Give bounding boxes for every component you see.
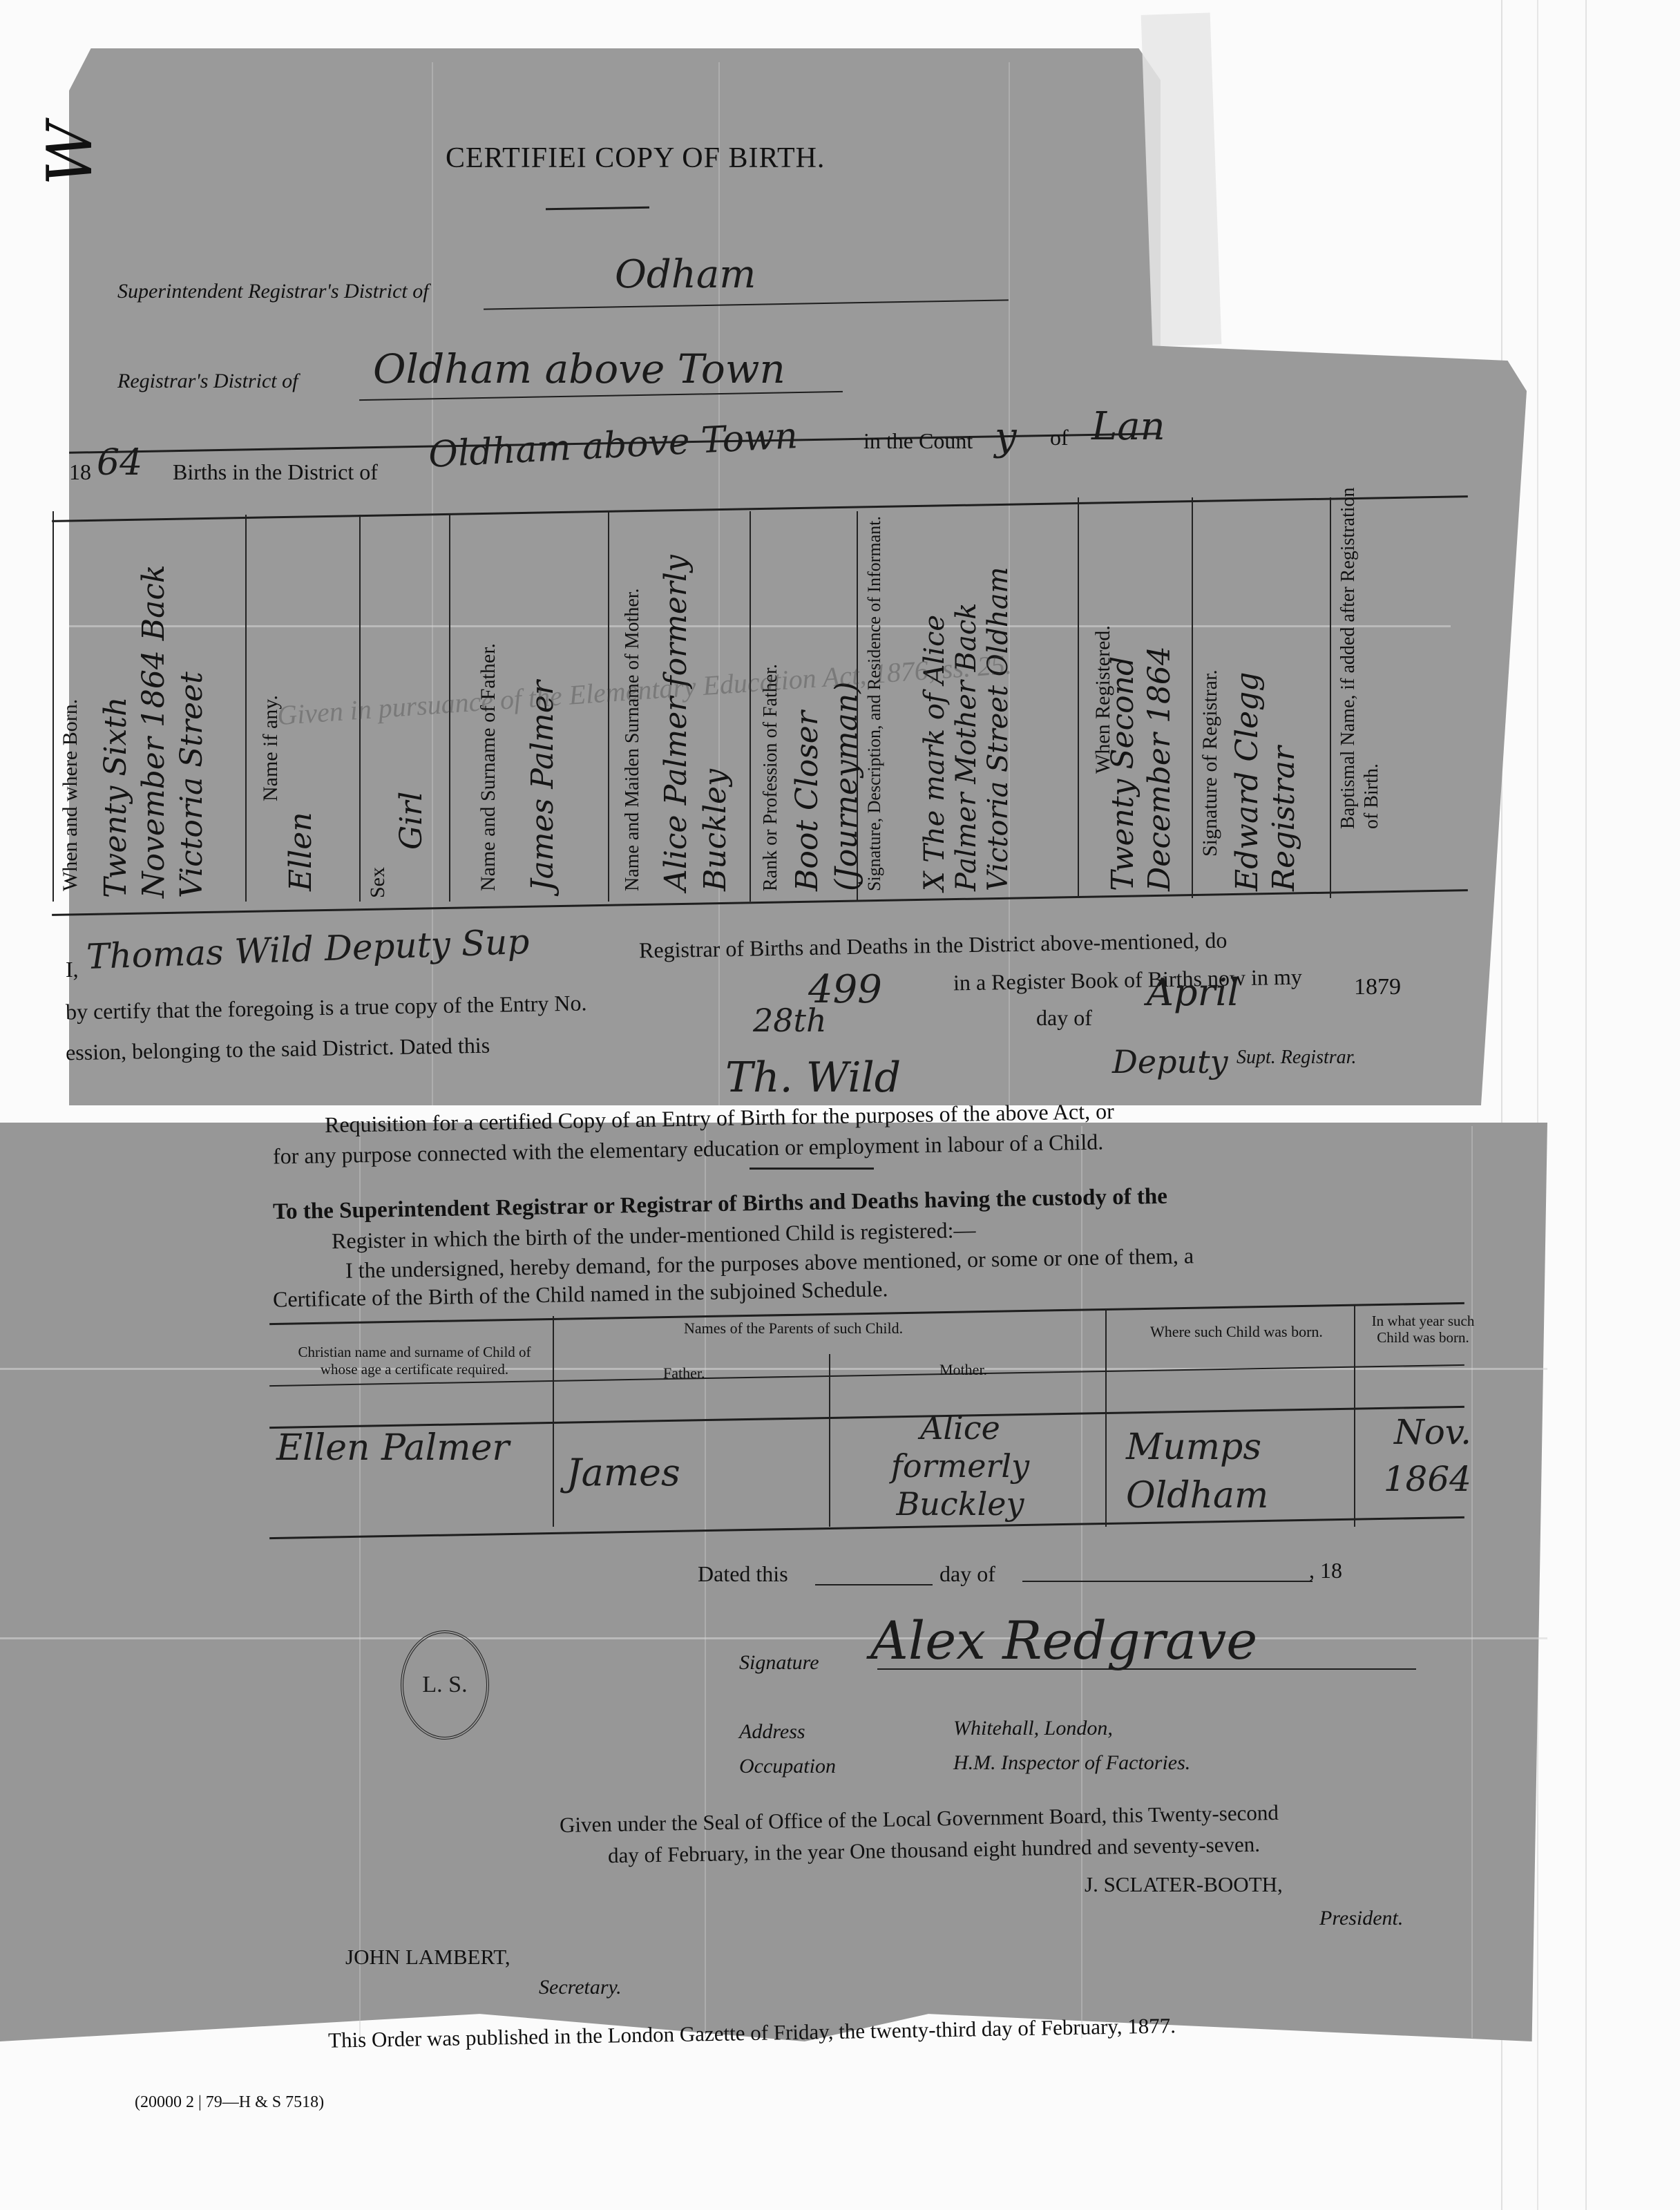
of-label: of [1050,425,1069,450]
births-label: Births in the District of [173,459,378,485]
schedule-header-year-born: In what year such Child was born. [1371,1313,1475,1346]
requisition-dated-label: Dated this [698,1561,788,1587]
schedule-where-born: Mumps Oldham [1126,1423,1333,1520]
column-header-registrar: Signature of Registrar. [1199,669,1222,857]
column-header-rank: Rank or Profession of Father. [760,664,782,891]
column-header-baptismal: Baptismal Name, if added after Registrat… [1337,470,1383,829]
county-value: Lan [1091,404,1165,449]
signature-label: Signature [739,1651,819,1675]
year-value: 64 [97,442,142,484]
signature-line [877,1668,1416,1670]
column-divider [1105,1309,1107,1527]
address-label: Address [739,1720,805,1744]
fold-line [0,1637,1547,1639]
cell-rank: Boot Closer (Journeyman) [787,532,866,891]
cell-when-registered: Twenty Second December 1864 [1105,532,1178,891]
certificate-title: CERTIFIEI COPY OF BIRTH. [446,142,825,175]
registrar-district-label: Registrar's District of [117,370,298,393]
superintendent-district-label: Superintendent Registrar's District of [117,280,429,303]
schedule-year-born: Nov. 1864 [1375,1409,1471,1503]
cell-sex: Girl [394,792,429,850]
column-header-when-where-born: When and where Born. [59,699,82,891]
deputy-signature: Deputy [1112,1043,1228,1080]
occupation-value: H.M. Inspector of Factories. [953,1751,1190,1775]
column-header-father: Name and Surname of Father. [477,643,500,891]
schedule-header-mother: Mother. [939,1361,987,1379]
ls-seal: L. S. [401,1630,489,1740]
seal-text: L. S. [422,1672,467,1698]
occupation-label: Occupation [739,1755,836,1778]
certification-prefix: I, [66,957,79,982]
dated-month-line [1022,1581,1312,1582]
column-header-informant: Signature, Description, and Residence of… [863,504,885,891]
president-title: President. [1319,1907,1403,1930]
county-label: in the Count [863,428,973,454]
cell-informant: X The mark of Alice Palmer Mother Back V… [919,532,1014,891]
schedule-header-child-name: Christian name and surname of Child of w… [290,1344,539,1378]
column-header-mother: Name and Maiden Surname of Mother. [622,588,644,891]
cell-registrar: Edward Clegg Registrar [1230,532,1303,891]
year-prefix: 18 [69,459,91,485]
secretary-title: Secretary. [539,1976,622,1999]
requisition-year-suffix: , 18 [1309,1558,1342,1583]
schedule-father: James [566,1451,680,1494]
column-header-sex: Sex [366,867,390,898]
column-divider [829,1354,830,1527]
secretary-name: JOHN LAMBERT, [345,1945,510,1970]
supt-registrar-label: Supt. Registrar. [1237,1047,1356,1069]
certifier-signature: Th. Wild [725,1054,901,1102]
column-divider [1330,497,1331,898]
county-handwritten: y [995,415,1017,459]
address-value: Whitehall, London, [953,1717,1113,1740]
dated-day-line [815,1584,933,1585]
day-of-label: day of [1036,1005,1092,1031]
column-divider [1354,1306,1355,1527]
schedule-mother: Alice formerly Buckley [863,1409,1057,1524]
requisition-signature: Alex Redgrave [870,1610,1257,1671]
cell-when-where-born: Twenty Sixth November 1864 Back Victoria… [97,539,211,898]
schedule-header-parents: Names of the Parents of such Child. [684,1320,903,1337]
column-divider [750,511,751,902]
president-name: J. SCLATER-BOOTH, [1085,1872,1283,1897]
fold-line [1471,1126,1473,2038]
column-divider [245,515,247,902]
section-rule [750,1168,874,1170]
dated-day: 28th [753,1002,827,1039]
schedule-header-father: Father. [663,1364,705,1382]
certification-year: 1879 [1354,974,1401,1000]
printer-code: (20000 2 | 79—H & S 7518) [135,2093,324,2112]
cell-mother: Alice Palmer formerly Buckley [656,546,735,891]
column-divider [1078,497,1079,898]
certification-month: April [1147,971,1239,1014]
column-divider [1192,497,1193,898]
corner-pencil-mark: W [34,122,106,186]
schedule-child-name: Ellen Palmer [276,1423,539,1474]
registrar-district-value: Oldham above Town [373,345,785,392]
repair-tape [1141,12,1222,346]
column-divider [553,1316,554,1527]
schedule-header-where-born: Where such Child was born. [1140,1323,1333,1341]
requisition-day-of-label: day of [939,1561,995,1587]
cell-name: Ellen [283,812,318,891]
superintendent-district-value: Odham [615,252,756,297]
column-divider [52,511,54,902]
